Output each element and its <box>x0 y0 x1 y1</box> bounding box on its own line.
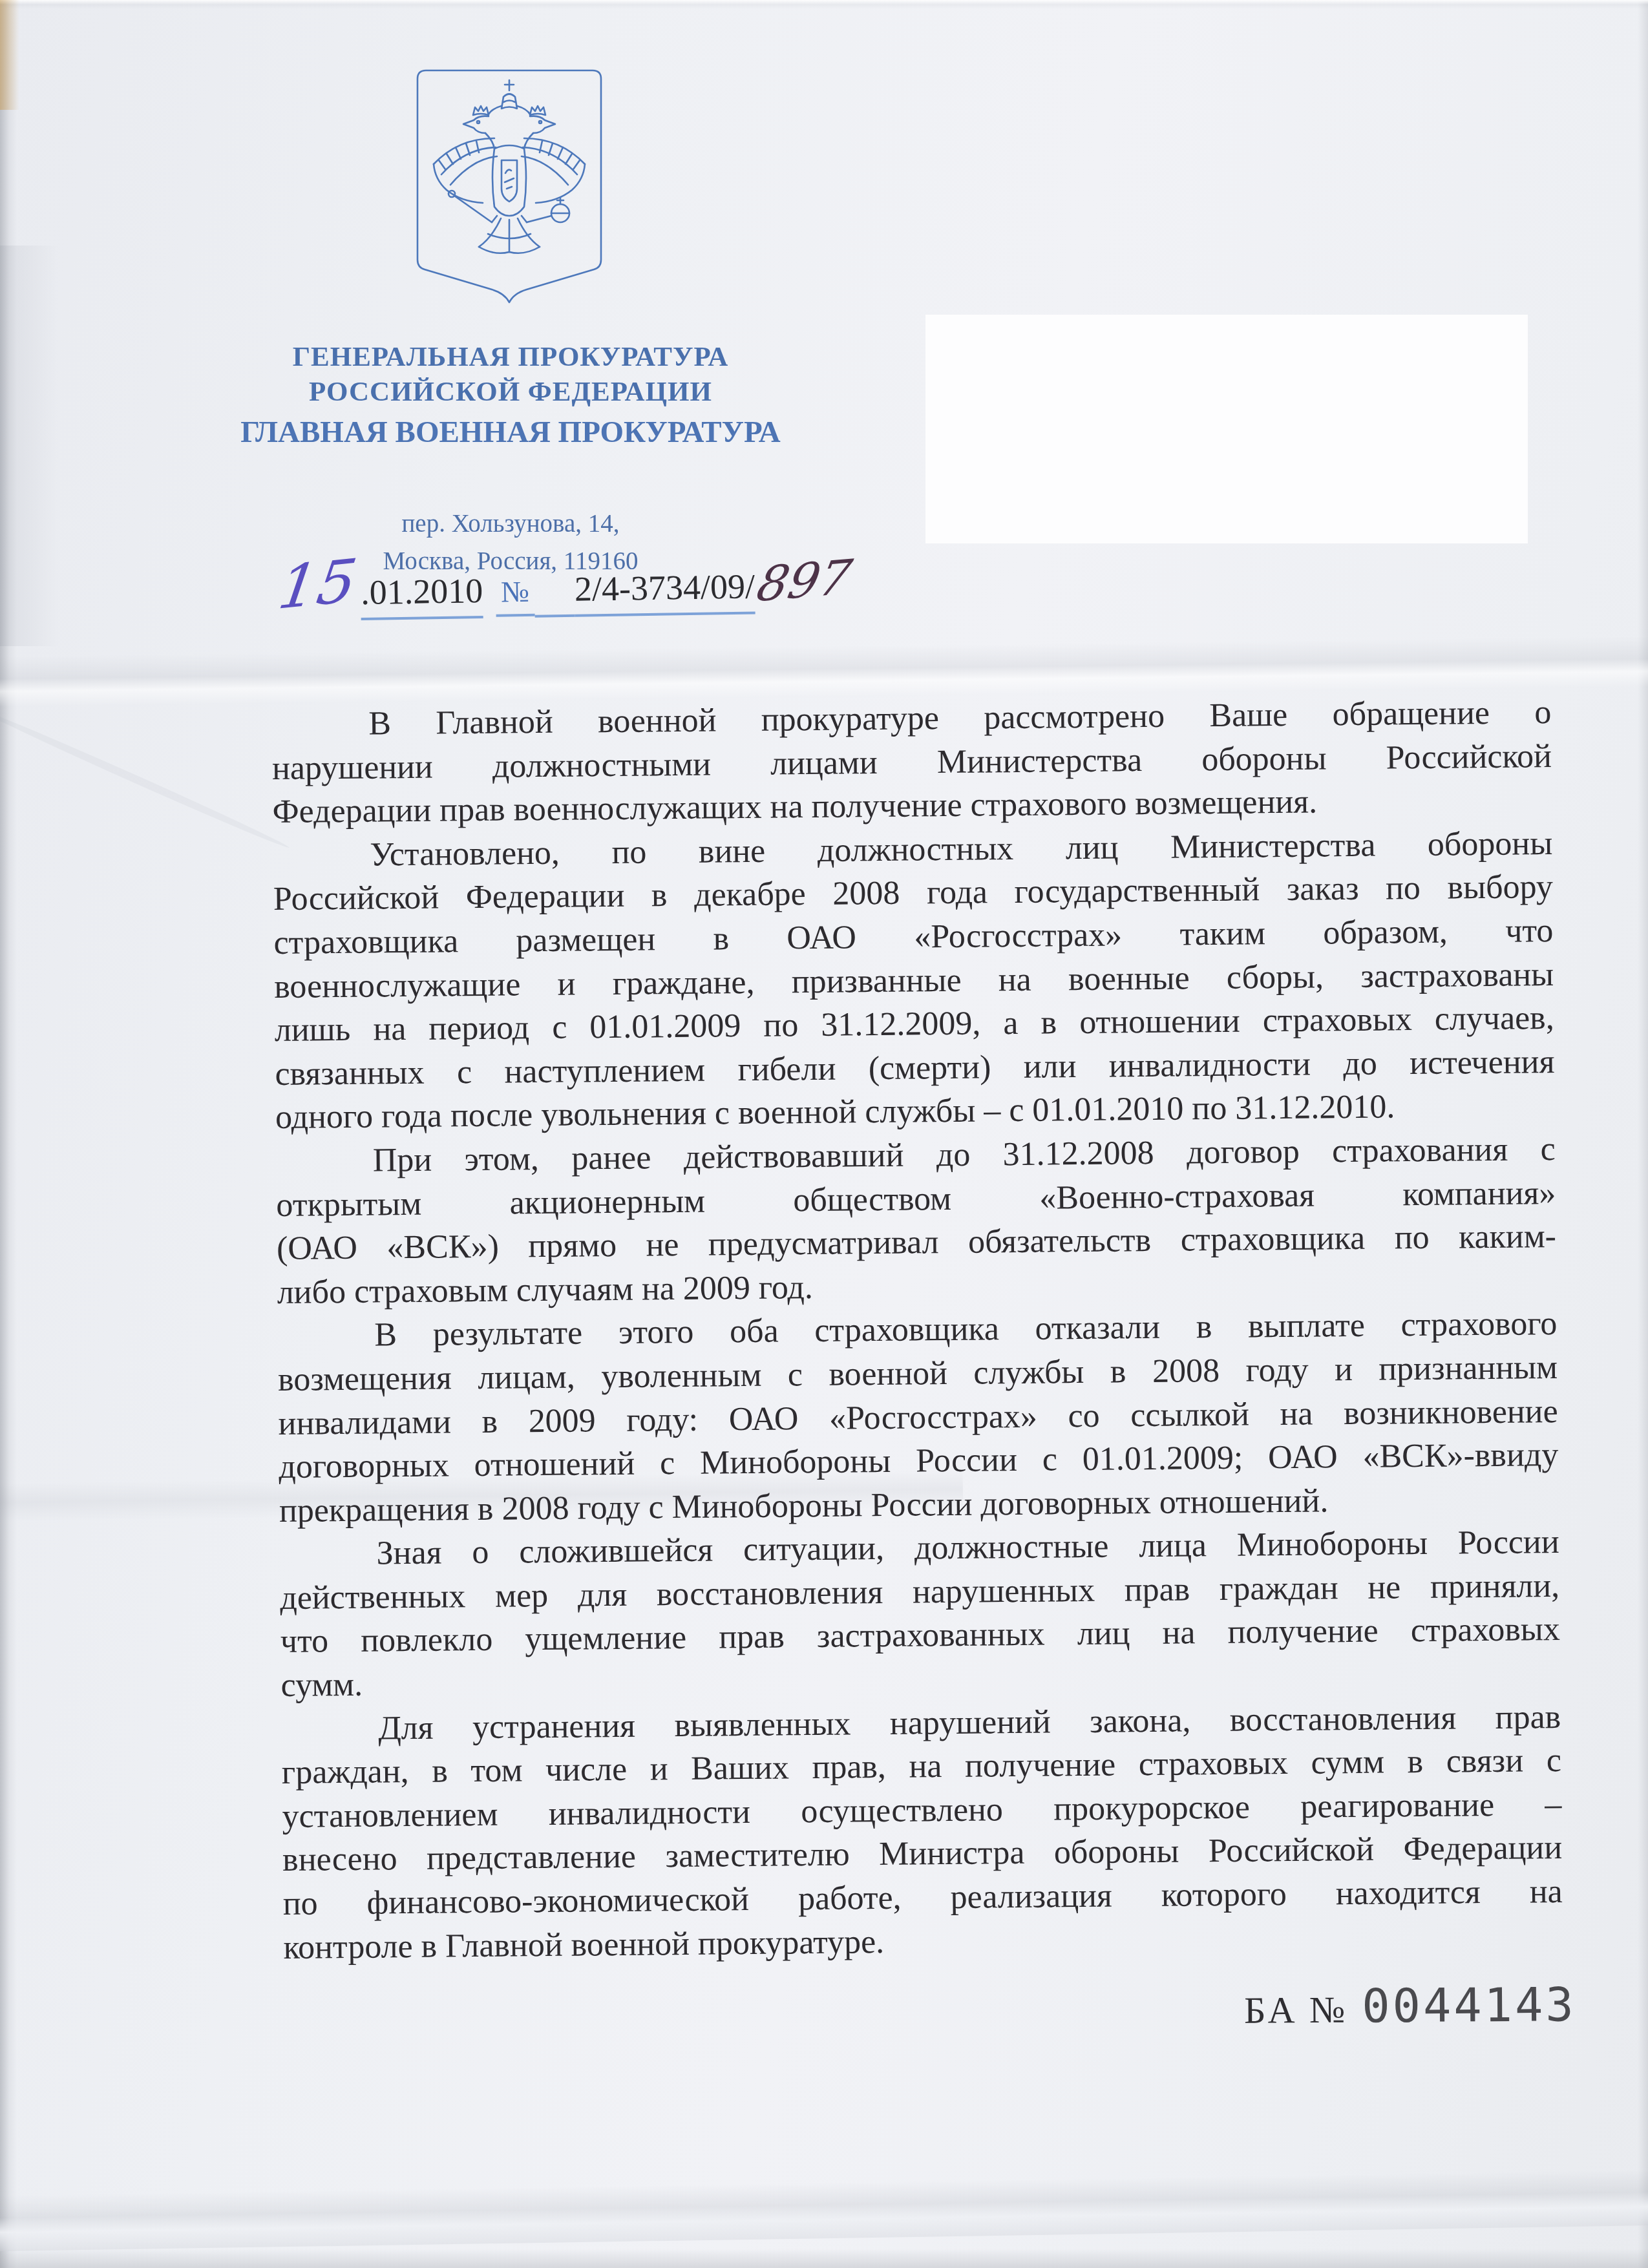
russia-coat-of-arms-icon <box>416 68 603 306</box>
printed-date: .01.2010 <box>361 571 483 620</box>
redacted-recipient-block <box>925 315 1528 543</box>
handwritten-number-suffix: 897 <box>752 549 856 613</box>
scan-artifact-bottom-edge <box>0 2249 1648 2268</box>
scan-artifact-corner-tint <box>0 0 19 110</box>
scan-artifact-wrinkle <box>0 708 291 851</box>
letter-body: В Главной военной прокуратуре рассмотрен… <box>271 691 1563 1969</box>
address-line1: пер. Хользунова, 14, <box>207 509 814 538</box>
scanned-letter-page: ГЕНЕРАЛЬНАЯ ПРОКУРАТУРА РОССИЙСКОЙ ФЕДЕР… <box>0 0 1648 2268</box>
scan-artifact-right-edge-shadow <box>1638 0 1648 2268</box>
scan-artifact-left-smudge <box>0 246 58 646</box>
department-name: ГЛАВНАЯ ВОЕННАЯ ПРОКУРАТУРА <box>207 415 814 450</box>
org-name-line1: ГЕНЕРАЛЬНАЯ ПРОКУРАТУРА <box>207 341 814 373</box>
number-sign: № <box>496 574 535 617</box>
reference-line: 15 .01.2010 № 2/4-3734/09/ 897 <box>279 538 1056 622</box>
number-underline-gap <box>534 546 575 618</box>
stamp-series: БА № <box>1244 1988 1348 2032</box>
printed-number: 2/4-3734/09/ <box>574 566 755 616</box>
handwritten-day: 15 <box>274 546 361 623</box>
stamp-number: 0044143 <box>1362 1977 1576 2033</box>
org-name-line2: РОССИЙСКОЙ ФЕДЕРАЦИИ <box>207 376 814 408</box>
scan-artifact-top-edge <box>0 0 1648 9</box>
form-serial-stamp: БА № 0044143 <box>1244 1977 1576 2034</box>
scan-artifact-fold-crease-bottom <box>0 2170 1648 2252</box>
